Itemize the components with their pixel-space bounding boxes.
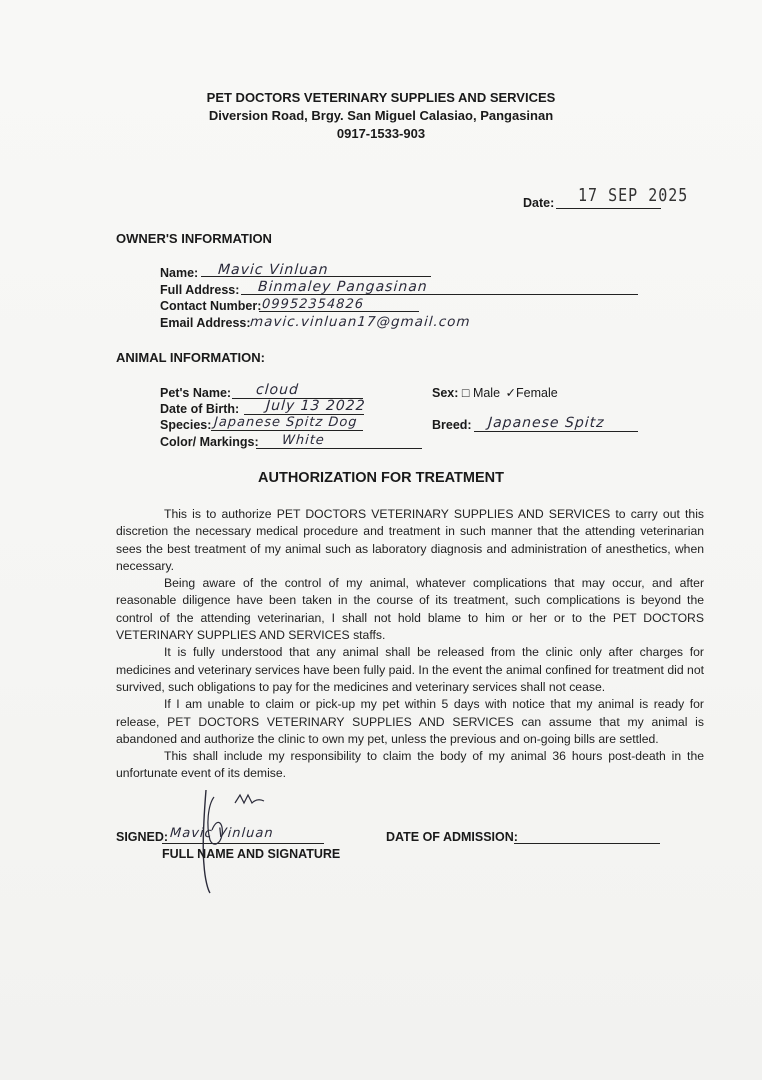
authorization-title: AUTHORIZATION FOR TREATMENT (0, 470, 762, 486)
owner-address-label: Full Address: (160, 283, 239, 297)
color-line (256, 448, 422, 449)
authorization-body: This is to authorize PET DOCTORS VETERIN… (116, 506, 704, 783)
date-line (556, 208, 661, 209)
breed-line (474, 431, 638, 432)
authorization-paragraph: It is fully understood that any animal s… (116, 644, 704, 696)
species-line (211, 430, 363, 431)
admission-date-field[interactable] (514, 843, 660, 844)
signed-label: SIGNED: (116, 830, 168, 844)
owner-contact-label: Contact Number: (160, 299, 261, 313)
sex-label-text: Sex: (432, 386, 458, 400)
pet-name-label: Pet's Name: (160, 386, 231, 400)
business-name: PET DOCTORS VETERINARY SUPPLIES AND SERV… (0, 90, 762, 105)
signature-scribble-icon (180, 785, 290, 895)
female-checkbox-checked[interactable]: ✓ (506, 386, 516, 400)
pet-name-field[interactable]: cloud (255, 382, 299, 398)
owner-contact-field[interactable]: 09952354826 (261, 297, 364, 312)
admission-date-label: DATE OF ADMISSION: (386, 830, 518, 844)
dob-label: Date of Birth: (160, 402, 239, 416)
owner-email-field[interactable]: mavic.vinluan17@gmail.com (249, 314, 471, 330)
authorization-paragraph: If I am unable to claim or pick-up my pe… (116, 696, 704, 748)
color-field[interactable]: White (281, 433, 325, 448)
male-option-label: Male (473, 386, 500, 400)
owner-name-field[interactable]: Mavic Vinluan (217, 262, 329, 278)
owner-address-field[interactable]: Binmaley Pangasinan (257, 279, 428, 295)
business-phone: 0917-1533-903 (0, 126, 762, 141)
document-page: PET DOCTORS VETERINARY SUPPLIES AND SERV… (0, 0, 762, 1080)
owner-name-label: Name: (160, 266, 198, 280)
sex-label: Sex: □ Male ✓Female (432, 385, 558, 400)
owner-email-label: Email Address: (160, 316, 251, 330)
authorization-paragraph: Being aware of the control of my animal,… (116, 575, 704, 644)
date-label: Date: (523, 196, 554, 210)
breed-field[interactable]: Japanese Spitz (487, 415, 605, 431)
species-field[interactable]: Japanese Spitz Dog (213, 415, 358, 430)
date-stamp: 17 SEP 2025 (578, 184, 688, 206)
dob-field[interactable]: July 13 2022 (265, 398, 366, 414)
female-option-label: Female (516, 386, 558, 400)
color-label: Color/ Markings: (160, 435, 259, 449)
authorization-paragraph: This is to authorize PET DOCTORS VETERIN… (116, 506, 704, 575)
business-address: Diversion Road, Brgy. San Miguel Calasia… (0, 108, 762, 123)
signature-caption: FULL NAME AND SIGNATURE (162, 847, 340, 861)
breed-label: Breed: (432, 418, 472, 432)
authorization-paragraph: This shall include my responsibility to … (116, 748, 704, 783)
animal-section-title: ANIMAL INFORMATION: (116, 350, 265, 365)
species-label: Species: (160, 418, 211, 432)
male-checkbox[interactable]: □ (462, 386, 470, 400)
owner-section-title: OWNER'S INFORMATION (116, 231, 272, 246)
